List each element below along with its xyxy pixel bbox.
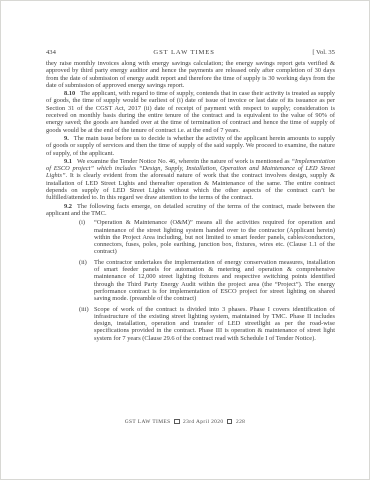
- list-item: (iii) Scope of work of the contract is d…: [79, 306, 335, 342]
- paragraph-9: 9.The main issue before us to decide is …: [46, 135, 335, 157]
- paragraph-text: The main issue before us to decide is wh…: [46, 135, 335, 157]
- paragraph-number: 9.: [64, 135, 69, 142]
- footer-issue-date: 23rd April 2020: [183, 419, 223, 425]
- paragraph-text: The applicant, with regard to time of su…: [46, 90, 335, 133]
- paragraph-number: 9.2: [64, 203, 72, 210]
- list-item: (i) “Operation & Maintenance (O&M)” mean…: [79, 219, 335, 255]
- list-item: (ii) The contractor undertakes the imple…: [79, 259, 335, 303]
- paragraph-continuation: they raise monthly invoices along with e…: [46, 60, 335, 89]
- square-separator-icon: [227, 419, 233, 425]
- list-marker: (ii): [79, 259, 94, 303]
- footer-page-number: 228: [236, 419, 245, 425]
- header-volume-label: [ Vol. 35: [312, 49, 335, 56]
- list-marker: (iii): [79, 306, 94, 342]
- list-item-text: Scope of work of the contract is divided…: [94, 306, 335, 342]
- square-separator-icon: [174, 419, 180, 425]
- page-header: 434 GST LAW TIMES [ Vol. 35: [46, 49, 335, 56]
- header-journal-title: GST LAW TIMES: [153, 49, 214, 56]
- contract-facts-list: (i) “Operation & Maintenance (O&M)” mean…: [46, 219, 335, 342]
- list-marker: (i): [79, 219, 94, 255]
- page-footer: GST LAW TIMES23rd April 2020228: [1, 419, 369, 425]
- document-page: 434 GST LAW TIMES [ Vol. 35 they raise m…: [0, 0, 370, 480]
- page-body: they raise monthly invoices along with e…: [46, 60, 335, 345]
- paragraph-text: . It is clearly evident from the aforesa…: [46, 172, 335, 201]
- paragraph-9-1: 9.1We examine the Tender Notice No. 46, …: [46, 158, 335, 202]
- paragraph-9-2: 9.2The following facts emerge, on detail…: [46, 203, 335, 218]
- header-page-number: 434: [46, 49, 56, 56]
- paragraph-number: 8.10: [64, 90, 75, 97]
- list-item-text: The contractor undertakes the implementa…: [94, 259, 335, 303]
- paragraph-text: The following facts emerge, on detailed …: [46, 203, 335, 217]
- paragraph-number: 9.1: [64, 158, 72, 165]
- paragraph-8-10: 8.10The applicant, with regard to time o…: [46, 90, 335, 134]
- list-item-text: “Operation & Maintenance (O&M)” means al…: [94, 219, 335, 255]
- paragraph-text: We examine the Tender Notice No. 46, whe…: [77, 158, 291, 165]
- footer-journal-title: GST LAW TIMES: [125, 419, 171, 425]
